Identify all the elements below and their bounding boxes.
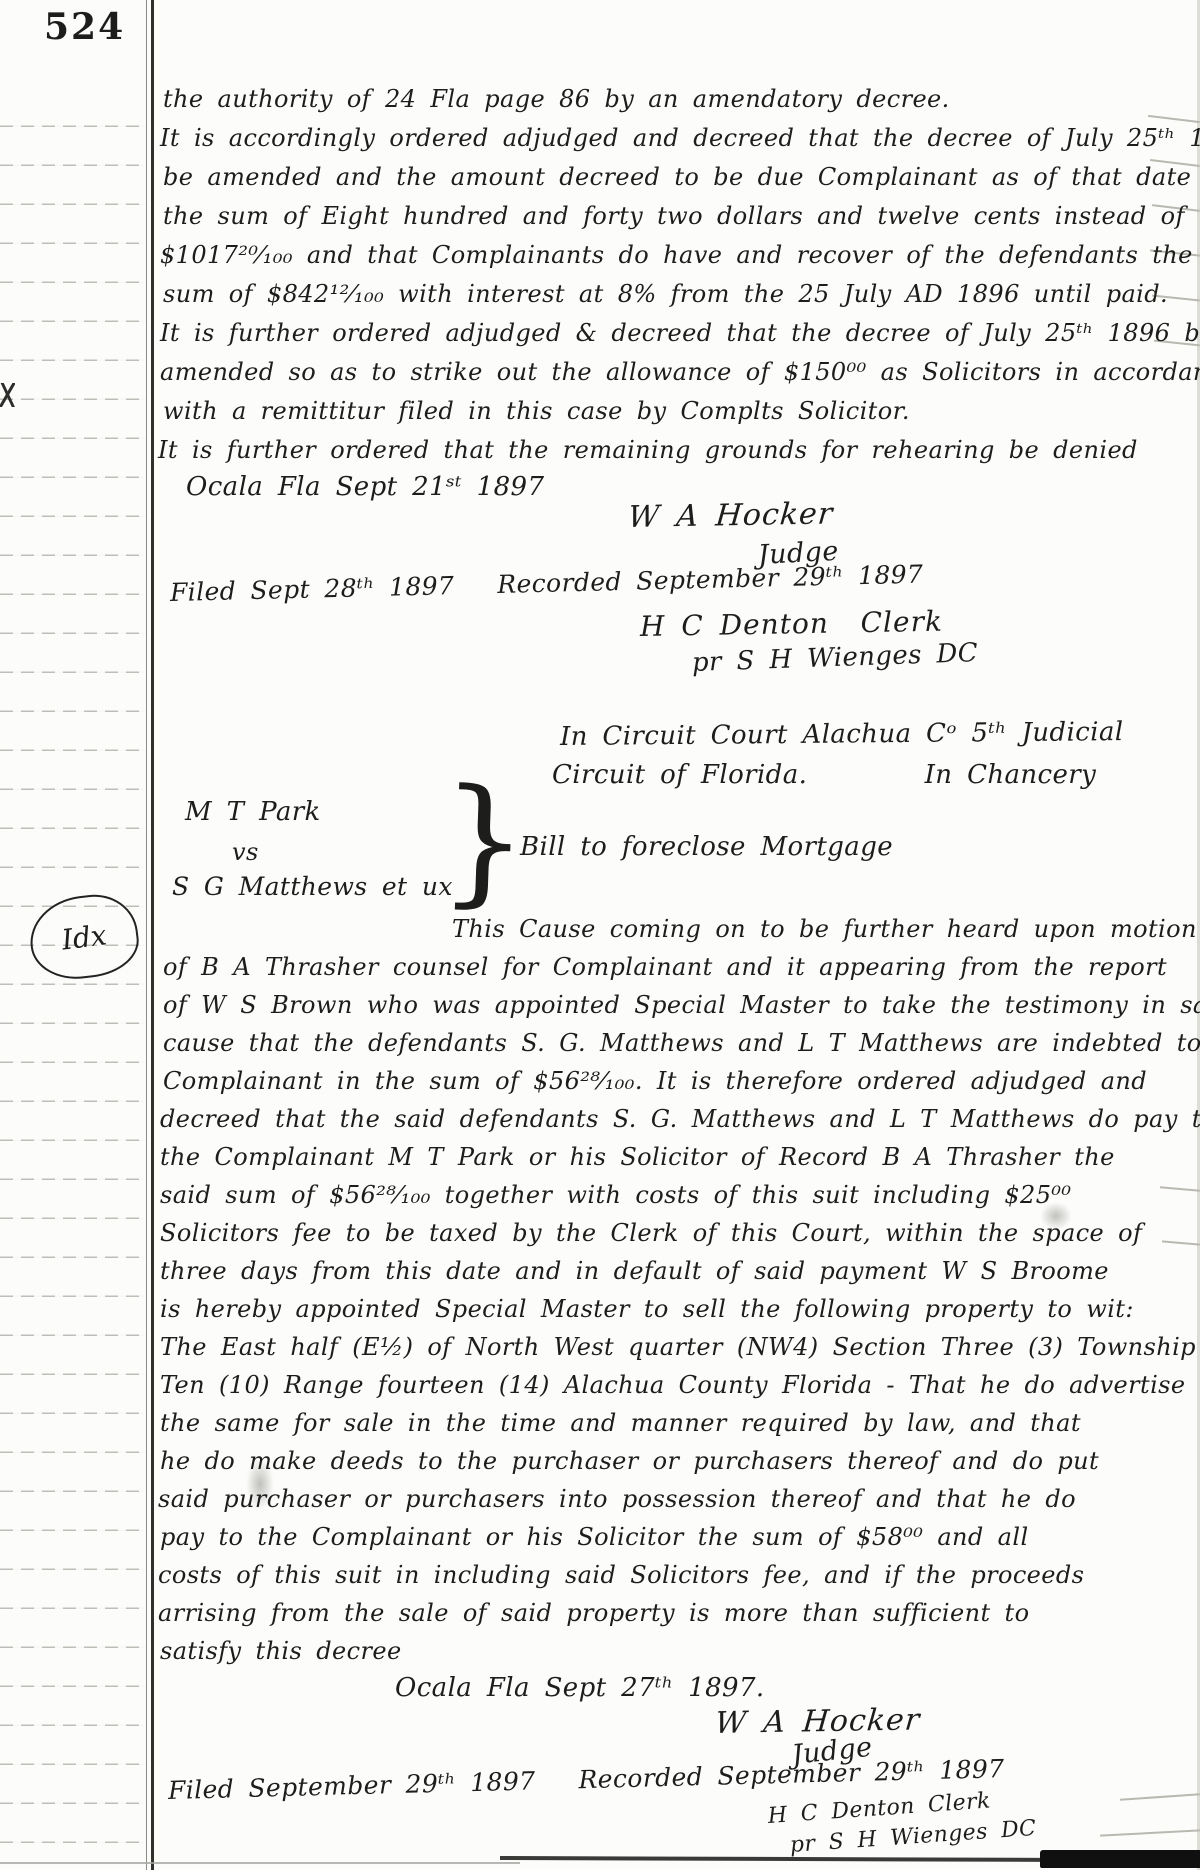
defendant-name: S G Matthews et ux xyxy=(172,872,453,902)
handwriting-line: $1017²⁰⁄₁₀₀ and that Complainants do hav… xyxy=(160,241,1200,270)
case-type-label: Bill to foreclose Mortgage xyxy=(520,832,893,863)
handwriting-line: of W S Brown who was appointed Special M… xyxy=(163,991,1200,1020)
handwriting-line: This Cause coming on to be further heard… xyxy=(452,915,1197,944)
versus-label: vs xyxy=(232,838,259,867)
judge-signature: W A Hocker xyxy=(713,1702,921,1742)
margin-note-text: Idx xyxy=(60,918,108,956)
filing-line: Filed Sept 28ᵗʰ 1897 Recorded September … xyxy=(170,560,924,608)
dateline: Ocala Fla Sept 21ˢᵗ 1897 xyxy=(186,472,544,503)
handwriting-line: Solicitors fee to be taxed by the Clerk … xyxy=(160,1219,1142,1248)
court-heading-line-1: In Circuit Court Alachua Cᵒ 5ᵗʰ Judicial xyxy=(560,717,1124,753)
handwriting-line: It is further ordered adjudged & decreed… xyxy=(160,319,1200,348)
handwriting-line: of B A Thrasher counsel for Complainant … xyxy=(163,953,1167,982)
handwriting-line: the authority of 24 Fla page 86 by an am… xyxy=(163,85,950,114)
handwriting-line: amended so as to strike out the allowanc… xyxy=(160,358,1200,387)
scan-right-edge-artifact xyxy=(1120,1793,1200,1800)
scan-bottom-edge xyxy=(1040,1850,1200,1868)
handwriting-line: Ten (10) Range fourteen (14) Alachua Cou… xyxy=(160,1371,1185,1400)
margin-rule-light xyxy=(146,0,147,1870)
handwriting-line: satisfy this decree xyxy=(160,1637,402,1666)
handwriting-line: said purchaser or purchasers into posses… xyxy=(158,1485,1076,1514)
handwriting-line: decreed that the said defendants S. G. M… xyxy=(160,1105,1200,1134)
handwriting-line: It is accordingly ordered adjudged and d… xyxy=(160,124,1200,153)
deputy-clerk-signature: pr S H Wienges DC xyxy=(691,638,978,679)
handwriting-line: the Complainant M T Park or his Solicito… xyxy=(160,1143,1115,1172)
handwriting-line: the sum of Eight hundred and forty two d… xyxy=(163,202,1185,231)
scan-right-edge-artifact xyxy=(1160,1186,1200,1191)
scan-right-edge-artifact xyxy=(1148,115,1200,123)
handwriting-line: arrising from the sale of said property … xyxy=(158,1599,1029,1628)
plaintiff-name: M T Park xyxy=(185,797,321,828)
handwriting-line: the same for sale in the time and manner… xyxy=(160,1409,1081,1438)
scan-bottom-edge xyxy=(0,1862,520,1864)
handwriting-line: cause that the defendants S. G. Matthews… xyxy=(163,1029,1200,1058)
handwriting-line: with a remittitur filed in this case by … xyxy=(163,397,910,426)
handwriting-line: pay to the Complainant or his Solicitor … xyxy=(160,1523,1029,1552)
handwriting-line: is hereby appointed Special Master to se… xyxy=(160,1295,1134,1324)
page-number: 524 xyxy=(44,6,125,48)
scan-bottom-edge xyxy=(500,1856,1070,1862)
scan-right-edge-artifact xyxy=(1100,1829,1200,1836)
handwriting-line: sum of $842¹²⁄₁₀₀ with interest at 8% fr… xyxy=(163,280,1168,309)
handwriting-line: said sum of $56²⁸⁄₁₀₀ together with cost… xyxy=(160,1181,1071,1210)
scan-right-edge-artifact xyxy=(1162,1240,1200,1245)
margin-scribble xyxy=(0,383,15,407)
handwriting-line: Complainant in the sum of $56²⁸⁄₁₀₀. It … xyxy=(163,1067,1147,1096)
case-caption-brace: } xyxy=(438,771,531,912)
handwriting-line: costs of this suit in including said Sol… xyxy=(158,1561,1084,1590)
handwriting-line: he do make deeds to the purchaser or pur… xyxy=(160,1447,1099,1476)
clerk-signature: H C Denton Clerk xyxy=(640,605,943,644)
handwriting-line: three days from this date and in default… xyxy=(160,1257,1109,1286)
handwriting-line: The East half (E½) of North West quarter… xyxy=(160,1333,1196,1362)
margin-rule-dark xyxy=(151,0,154,1870)
ledger-page: 524 the authority of 24 Fla page 86 by a… xyxy=(0,0,1200,1870)
judge-signature: W A Hocker xyxy=(626,496,834,536)
dateline: Ocala Fla Sept 27ᵗʰ 1897. xyxy=(395,1673,765,1704)
handwriting-line: It is further ordered that the remaining… xyxy=(158,436,1138,465)
court-heading-line-2: Circuit of Florida. In Chancery xyxy=(552,760,1096,791)
handwriting-line: be amended and the amount decreed to be … xyxy=(163,163,1200,192)
